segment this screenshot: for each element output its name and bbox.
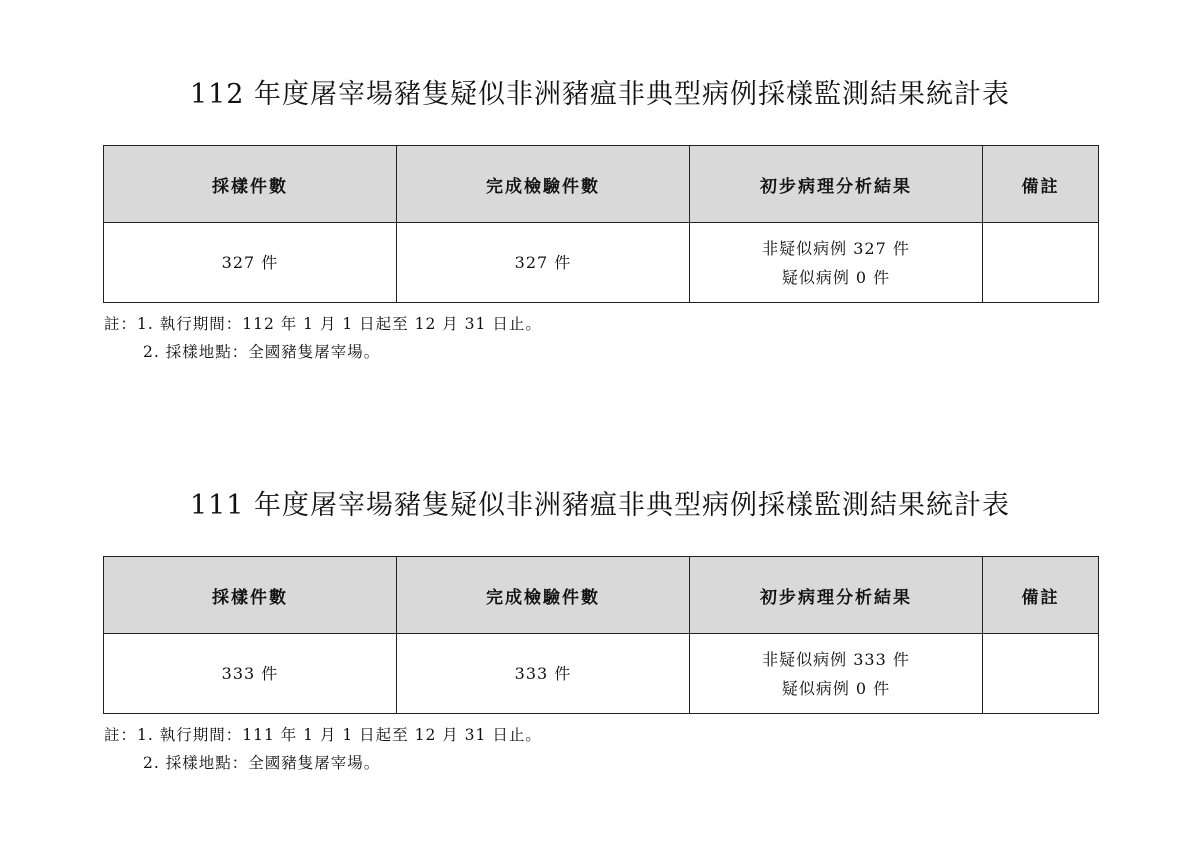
table-header-row: 採樣件數 完成檢驗件數 初步病理分析結果 備註 bbox=[104, 146, 1099, 223]
note-period: 註：1. 執行期間：112 年 1 月 1 日起至 12 月 31 日止。 bbox=[104, 310, 542, 338]
notes-112: 註：1. 執行期間：112 年 1 月 1 日起至 12 月 31 日止。 2.… bbox=[104, 310, 542, 366]
result-non-suspected: 非疑似病例 327 件 bbox=[690, 234, 982, 263]
header-remarks: 備註 bbox=[983, 146, 1099, 223]
header-pathology-result: 初步病理分析結果 bbox=[690, 557, 983, 634]
result-suspected: 疑似病例 0 件 bbox=[690, 674, 982, 703]
note-location: 2. 採樣地點：全國豬隻屠宰場。 bbox=[104, 338, 542, 366]
cell-sample-count: 333 件 bbox=[104, 634, 397, 714]
cell-pathology-result: 非疑似病例 333 件 疑似病例 0 件 bbox=[690, 634, 983, 714]
header-sample-count: 採樣件數 bbox=[104, 146, 397, 223]
cell-tested-count: 333 件 bbox=[397, 634, 690, 714]
header-tested-count: 完成檢驗件數 bbox=[397, 146, 690, 223]
cell-pathology-result: 非疑似病例 327 件 疑似病例 0 件 bbox=[690, 223, 983, 303]
header-tested-count: 完成檢驗件數 bbox=[397, 557, 690, 634]
table-row: 327 件 327 件 非疑似病例 327 件 疑似病例 0 件 bbox=[104, 223, 1099, 303]
notes-111: 註：1. 執行期間：111 年 1 月 1 日起至 12 月 31 日止。 2.… bbox=[104, 721, 542, 777]
result-non-suspected: 非疑似病例 333 件 bbox=[690, 645, 982, 674]
cell-tested-count: 327 件 bbox=[397, 223, 690, 303]
cell-sample-count: 327 件 bbox=[104, 223, 397, 303]
table-header-row: 採樣件數 完成檢驗件數 初步病理分析結果 備註 bbox=[104, 557, 1099, 634]
note-location: 2. 採樣地點：全國豬隻屠宰場。 bbox=[104, 749, 542, 777]
table-row: 333 件 333 件 非疑似病例 333 件 疑似病例 0 件 bbox=[104, 634, 1099, 714]
stats-table-111: 採樣件數 完成檢驗件數 初步病理分析結果 備註 333 件 333 件 非疑似病… bbox=[103, 556, 1099, 714]
section-title-111: 111 年度屠宰場豬隻疑似非洲豬瘟非典型病例採樣監測結果統計表 bbox=[0, 483, 1200, 522]
cell-remarks bbox=[983, 634, 1099, 714]
stats-table-112: 採樣件數 完成檢驗件數 初步病理分析結果 備註 327 件 327 件 非疑似病… bbox=[103, 145, 1099, 303]
header-remarks: 備註 bbox=[983, 557, 1099, 634]
cell-remarks bbox=[983, 223, 1099, 303]
note-period: 註：1. 執行期間：111 年 1 月 1 日起至 12 月 31 日止。 bbox=[104, 721, 542, 749]
header-sample-count: 採樣件數 bbox=[104, 557, 397, 634]
result-suspected: 疑似病例 0 件 bbox=[690, 263, 982, 292]
section-title-112: 112 年度屠宰場豬隻疑似非洲豬瘟非典型病例採樣監測結果統計表 bbox=[0, 72, 1200, 111]
header-pathology-result: 初步病理分析結果 bbox=[690, 146, 983, 223]
